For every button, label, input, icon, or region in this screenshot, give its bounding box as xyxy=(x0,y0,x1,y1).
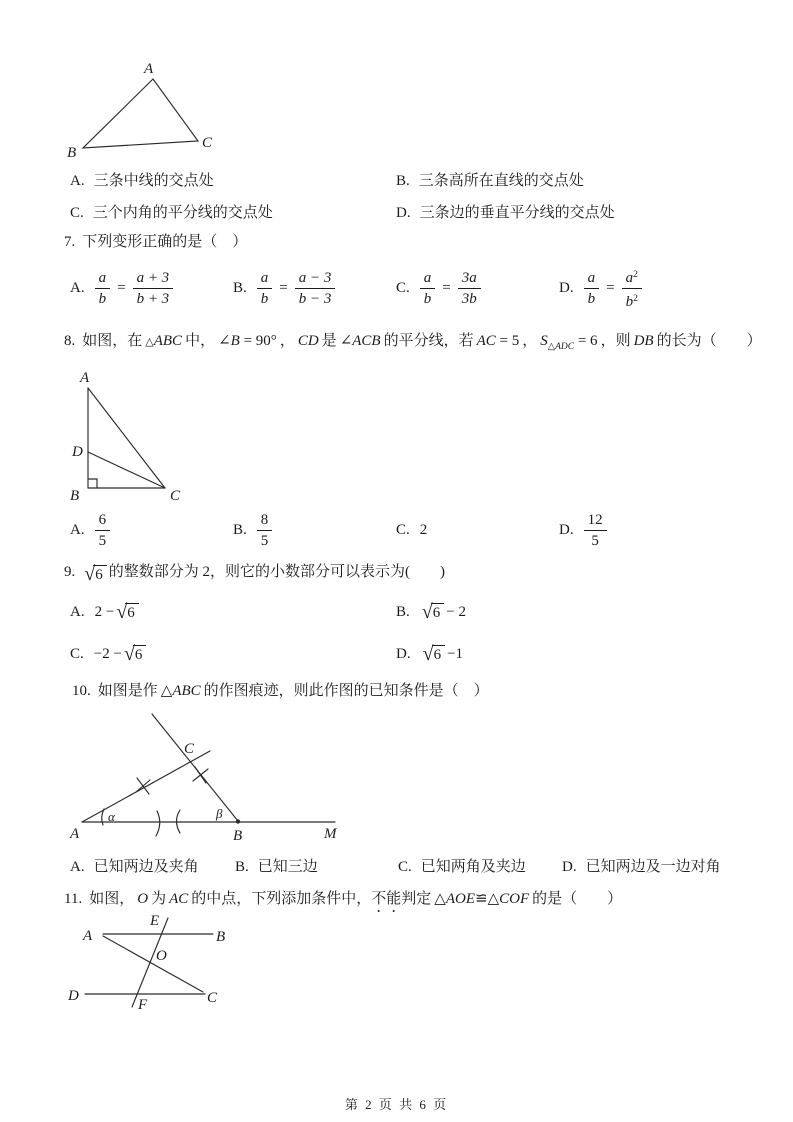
option-key: C. xyxy=(396,522,410,539)
option-text: 已知三边 xyxy=(258,859,318,875)
math-run: CD xyxy=(298,333,319,349)
point-label-o: O xyxy=(156,948,167,964)
q9-option-b: B. √6 − 2 xyxy=(396,598,466,626)
q10-option-d: D.已知两边及一边对角 xyxy=(562,857,721,877)
stem-text: 下列变形正确的是（ ） xyxy=(82,234,247,250)
option-key: A. xyxy=(70,522,85,539)
line-ac xyxy=(103,936,203,992)
option-text: 已知两边及一边对角 xyxy=(586,859,721,875)
q9-option-c: C. −2 − √6 xyxy=(70,640,148,668)
equals-sign: = xyxy=(279,280,287,297)
subscript: △ADC xyxy=(548,342,574,352)
fraction: 65 xyxy=(95,512,111,549)
fraction-lhs: ab xyxy=(584,270,600,307)
option-text: 已知两边及夹角 xyxy=(94,859,199,875)
vertex-label-a: A xyxy=(79,370,90,386)
equals-sign: = xyxy=(442,280,450,297)
q6-option-a: A.三条中线的交点处 xyxy=(70,171,214,191)
q6-option-d: D.三条边的垂直平分线的交点处 xyxy=(396,203,615,223)
math-run: ∠ACB xyxy=(340,333,381,349)
post-text: −1 xyxy=(447,646,463,663)
q9-option-d: D. √6 −1 xyxy=(396,640,463,668)
option-key: A. xyxy=(70,859,85,875)
vertex-label-c: C xyxy=(170,488,181,504)
vertex-label-c: C xyxy=(202,135,213,151)
option-text: 三个内角的平分线的交点处 xyxy=(93,205,273,221)
pre-text: −2 − xyxy=(94,646,122,663)
fraction: 85 xyxy=(257,512,273,549)
question-number: 9. xyxy=(64,564,75,580)
exam-page: A B C A.三条中线的交点处 B.三条高所在直线的交点处 C.三个内角的平分… xyxy=(0,0,793,1122)
exponent: 2 xyxy=(633,270,638,280)
radicand: 6 xyxy=(93,565,107,583)
option-key: A. xyxy=(70,604,85,621)
option-key: C. xyxy=(70,646,84,663)
square-root: √6 xyxy=(124,644,146,664)
question-8-stem: 8.如图，在△ABC中，∠B = 90°，CD是∠ACB的平分线，若AC = 5… xyxy=(64,331,762,357)
option-key: D. xyxy=(396,205,411,221)
math-run: ∠B = 90° xyxy=(218,333,277,349)
q10-option-b: B.已知三边 xyxy=(235,857,318,877)
equals-sign: = xyxy=(606,280,614,297)
math-run: AC = 5 xyxy=(477,333,520,349)
question-number: 10. xyxy=(72,683,91,699)
segment-dc xyxy=(88,452,165,488)
option-key: A. xyxy=(70,280,85,297)
side-ac xyxy=(88,388,165,488)
q10-option-a: A.已知两边及夹角 xyxy=(70,857,199,877)
question-7-stem: 7.下列变形正确的是（ ） xyxy=(64,232,247,252)
q7-option-d: D. ab = a2 b2 xyxy=(559,262,642,314)
footer-page-number: 第 2 页 共 6 页 xyxy=(0,1094,793,1113)
vertex-label-b: B xyxy=(67,145,76,161)
q10-option-c: C.已知两角及夹边 xyxy=(398,857,526,877)
fraction-rhs: 3a3b xyxy=(458,270,481,307)
vertex-label-b: B xyxy=(233,828,242,844)
fraction-lhs: ab xyxy=(257,270,273,307)
figure-q6-triangle: A B C xyxy=(55,55,225,160)
figure-q8-right-triangle: A D B C xyxy=(60,368,190,503)
math-run: △ABC xyxy=(145,333,182,349)
question-10-stem: 10.如图是作△ABC的作图痕迹，则此作图的已知条件是（ ） xyxy=(72,681,489,701)
q6-option-b: B.三条高所在直线的交点处 xyxy=(396,171,584,191)
math-run: O xyxy=(137,891,148,907)
question-9-stem: 9.√6的整数部分为 2，则它的小数部分可以表示为( ) xyxy=(64,562,445,584)
option-key: B. xyxy=(396,173,410,189)
figure-q11-parallel-lines: A E B O D F C xyxy=(55,908,240,1020)
option-key: B. xyxy=(396,604,410,621)
fraction: 125 xyxy=(584,512,607,549)
math-run: DB xyxy=(634,333,654,349)
option-key: B. xyxy=(233,522,247,539)
square-root: √6 xyxy=(422,602,444,622)
vertex-label-a: A xyxy=(143,61,154,77)
figure-q10-construction: α β A B M C xyxy=(50,705,350,850)
option-value: 2 xyxy=(420,522,428,539)
triangle-outline xyxy=(83,79,198,148)
post-text: − 2 xyxy=(446,604,466,621)
option-key: C. xyxy=(70,205,84,221)
q8-option-a: A. 65 xyxy=(70,505,110,555)
option-key: D. xyxy=(562,859,577,875)
question-number: 8. xyxy=(64,333,75,349)
square-root: √6 xyxy=(84,564,106,584)
point-label-e: E xyxy=(149,913,159,929)
fraction-rhs: a + 3b + 3 xyxy=(133,270,174,307)
vertex-label-b: B xyxy=(70,488,79,504)
option-key: D. xyxy=(396,646,411,663)
fraction-lhs: ab xyxy=(420,270,436,307)
math-run: AC xyxy=(169,891,188,907)
q7-option-c: C. ab = 3a3b xyxy=(396,262,481,314)
question-number: 11. xyxy=(64,891,82,907)
point-label-f: F xyxy=(137,997,148,1013)
angle-label-beta: β xyxy=(215,806,223,821)
point-label-c: C xyxy=(207,990,218,1006)
point-label-a: A xyxy=(82,928,93,944)
math-run: △ABC xyxy=(161,683,201,699)
option-key: D. xyxy=(559,280,574,297)
option-text: 三条高所在直线的交点处 xyxy=(419,173,584,189)
vertex-label-c: C xyxy=(184,741,195,757)
option-key: D. xyxy=(559,522,574,539)
q7-option-a: A. ab = a + 3b + 3 xyxy=(70,262,173,314)
option-key: C. xyxy=(398,859,412,875)
vertex-label-d: D xyxy=(71,444,83,460)
q8-option-c: C. 2 xyxy=(396,505,427,555)
option-key: C. xyxy=(396,280,410,297)
emphasized-text: 不能 xyxy=(371,891,401,907)
angle-label-alpha: α xyxy=(108,809,116,824)
fraction-lhs: ab xyxy=(95,270,111,307)
q8-option-d: D. 125 xyxy=(559,505,607,555)
question-number: 7. xyxy=(64,234,75,250)
fraction-rhs: a2 b2 xyxy=(622,267,642,310)
math-run: △AOE≌△COF xyxy=(434,891,529,907)
option-text: 三条中线的交点处 xyxy=(94,173,214,189)
right-angle-mark xyxy=(88,479,97,488)
point-b-dot xyxy=(236,819,240,823)
point-label-b: B xyxy=(216,929,225,945)
q6-option-c: C.三个内角的平分线的交点处 xyxy=(70,203,273,223)
option-key: A. xyxy=(70,173,85,189)
vertex-label-m: M xyxy=(323,826,338,842)
vertex-label-a: A xyxy=(69,826,80,842)
square-root: √6 xyxy=(116,602,138,622)
q7-option-b: B. ab = a − 3b − 3 xyxy=(233,262,335,314)
equals-sign: = xyxy=(117,280,125,297)
square-root: √6 xyxy=(423,644,445,664)
q9-option-a: A. 2 − √6 xyxy=(70,598,141,626)
option-text: 已知两角及夹边 xyxy=(421,859,526,875)
math-run: S△ADC = 6 xyxy=(540,333,597,349)
pre-text: 2 − xyxy=(95,604,115,621)
option-key: B. xyxy=(235,859,249,875)
point-label-d: D xyxy=(67,988,79,1004)
q8-option-b: B. 85 xyxy=(233,505,272,555)
fraction-rhs: a − 3b − 3 xyxy=(295,270,336,307)
option-text: 三条边的垂直平分线的交点处 xyxy=(420,205,615,221)
compass-arc-left xyxy=(156,811,160,836)
exponent: 2 xyxy=(633,294,638,304)
option-key: B. xyxy=(233,280,247,297)
